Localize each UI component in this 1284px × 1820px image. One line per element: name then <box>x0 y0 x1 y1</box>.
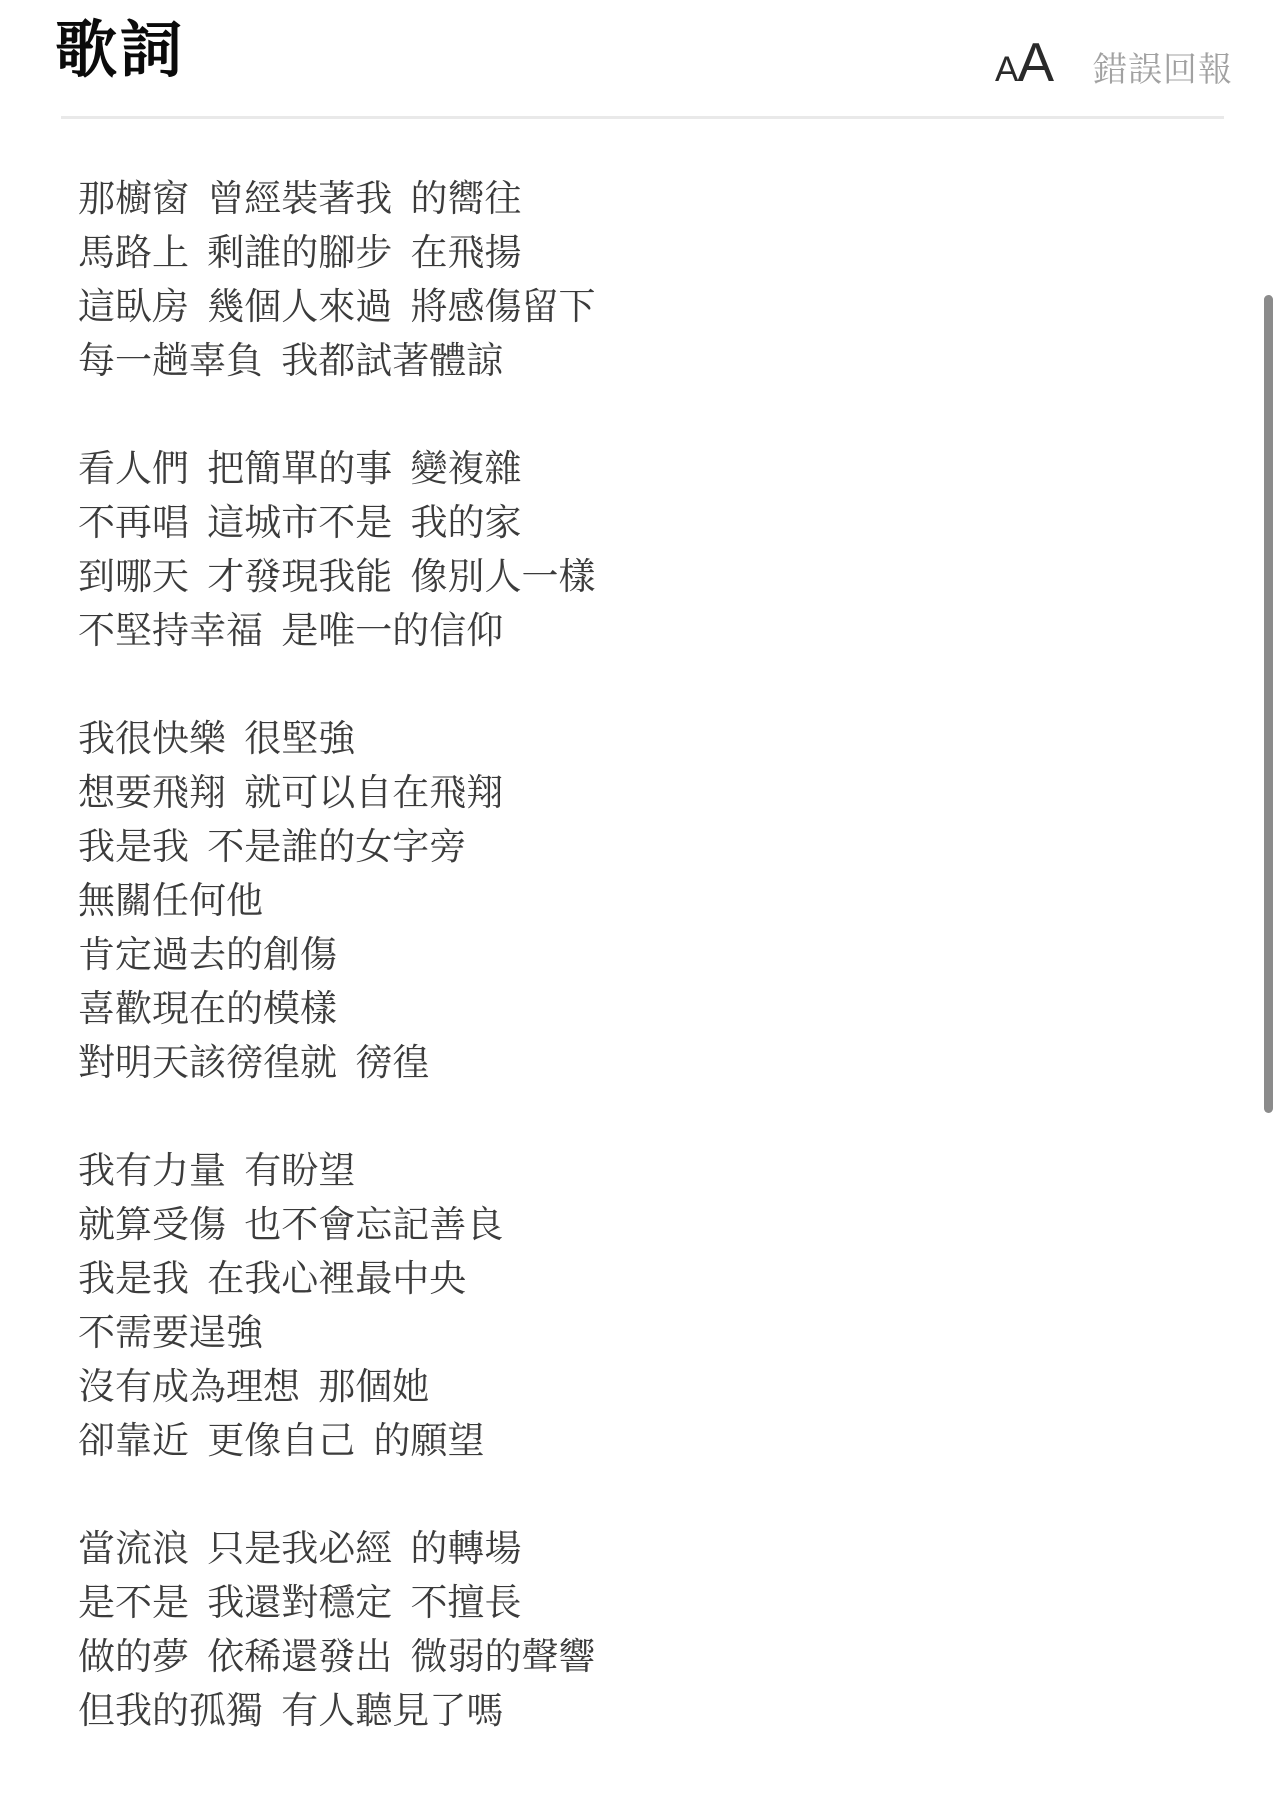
lyrics-body: 那櫥窗 曾經裝著我 的嚮往馬路上 剩誰的腳步 在飛揚這臥房 幾個人來過 將感傷留… <box>78 172 1198 1792</box>
lyric-line: 但我的孤獨 有人聽見了嗎 <box>78 1684 1198 1738</box>
font-size-icon-large-a: A <box>1017 30 1053 94</box>
lyric-line: 沒有成為理想 那個她 <box>78 1360 1198 1414</box>
lyric-line: 每一趟辜負 我都試著體諒 <box>78 334 1198 388</box>
error-report-link[interactable]: 錯誤回報 <box>1093 42 1233 91</box>
lyric-stanza: 我有力量 有盼望就算受傷 也不會忘記善良我是我 在我心裡最中央不需要逞強沒有成為… <box>78 1144 1198 1468</box>
lyric-line: 想要飛翔 就可以自在飛翔 <box>78 766 1198 820</box>
lyric-stanza: 那櫥窗 曾經裝著我 的嚮往馬路上 剩誰的腳步 在飛揚這臥房 幾個人來過 將感傷留… <box>78 172 1198 388</box>
lyric-line: 無關任何他 <box>78 874 1198 928</box>
lyric-line: 不再唱 這城市不是 我的家 <box>78 496 1198 550</box>
lyric-line: 當流浪 只是我必經 的轉場 <box>78 1522 1198 1576</box>
lyric-stanza: 我很快樂 很堅強想要飛翔 就可以自在飛翔我是我 不是誰的女字旁無關任何他肯定過去… <box>78 712 1198 1090</box>
lyric-line: 看人們 把簡單的事 變複雜 <box>78 442 1198 496</box>
lyric-stanza: 當流浪 只是我必經 的轉場是不是 我還對穩定 不擅長做的夢 依稀還發出 微弱的聲… <box>78 1522 1198 1738</box>
lyrics-panel-header: 歌詞 A A 錯誤回報 <box>0 0 1284 119</box>
lyric-line: 卻靠近 更像自己 的願望 <box>78 1414 1198 1468</box>
lyric-line: 是不是 我還對穩定 不擅長 <box>78 1576 1198 1630</box>
header-controls: A A 錯誤回報 <box>995 30 1233 94</box>
lyric-line: 我有力量 有盼望 <box>78 1144 1198 1198</box>
lyric-line: 到哪天 才發現我能 像別人一樣 <box>78 550 1198 604</box>
scrollbar-thumb[interactable] <box>1264 295 1273 1113</box>
lyric-line: 我是我 不是誰的女字旁 <box>78 820 1198 874</box>
lyric-line: 馬路上 剩誰的腳步 在飛揚 <box>78 226 1198 280</box>
lyric-line: 我是我 在我心裡最中央 <box>78 1252 1198 1306</box>
lyric-line: 就算受傷 也不會忘記善良 <box>78 1198 1198 1252</box>
font-size-icon-small-a: A <box>995 50 1017 90</box>
lyric-line: 不堅持幸福 是唯一的信仰 <box>78 604 1198 658</box>
lyric-line: 喜歡現在的模樣 <box>78 982 1198 1036</box>
header-divider <box>61 116 1224 119</box>
lyric-line: 我很快樂 很堅強 <box>78 712 1198 766</box>
lyric-line: 做的夢 依稀還發出 微弱的聲響 <box>78 1630 1198 1684</box>
lyric-line: 不需要逞強 <box>78 1306 1198 1360</box>
lyric-line: 這臥房 幾個人來過 將感傷留下 <box>78 280 1198 334</box>
lyric-stanza: 看人們 把簡單的事 變複雜不再唱 這城市不是 我的家到哪天 才發現我能 像別人一… <box>78 442 1198 658</box>
lyric-line: 肯定過去的創傷 <box>78 928 1198 982</box>
font-size-icon[interactable]: A A <box>995 30 1053 94</box>
lyric-line: 對明天該徬徨就 徬徨 <box>78 1036 1198 1090</box>
lyric-line: 那櫥窗 曾經裝著我 的嚮往 <box>78 172 1198 226</box>
page-title: 歌詞 <box>55 18 185 84</box>
